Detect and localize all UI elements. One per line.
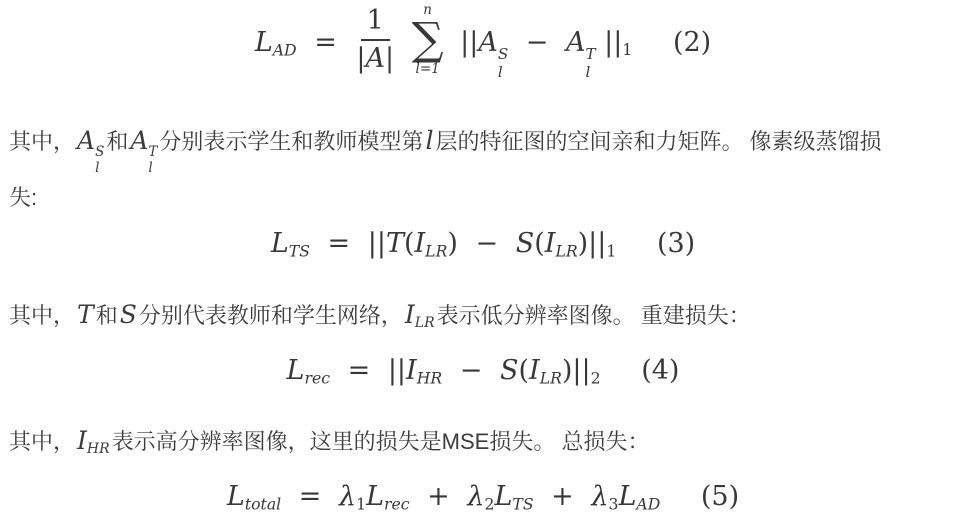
math-A-sup-S-sub-l-inline: ASl bbox=[77, 126, 104, 155]
math-I-HR: IHR bbox=[406, 355, 442, 386]
paragraph-line: 其中，ASl和ATl分别表示学生和教师模型第l层的特征图的空间亲和力矩阵。 像素… bbox=[9, 119, 966, 176]
paragraph-network-explanation: 其中，T和S分别代表教师和学生网络，ILR表示低分辨率图像。 重建损失： bbox=[0, 293, 966, 345]
math-A-sup-T-sub-l-inline: ATl bbox=[130, 126, 157, 155]
math-base: L bbox=[618, 481, 636, 512]
norm-close: || bbox=[572, 355, 590, 386]
math-lambda-1: λ1 bbox=[339, 481, 366, 512]
fraction-denominator: |A| bbox=[356, 41, 394, 74]
math-superscript: S bbox=[95, 145, 104, 161]
plus-sign: + bbox=[551, 481, 574, 512]
math-subscript: HR bbox=[417, 368, 442, 387]
math-subscript: LR bbox=[425, 242, 447, 261]
equation-number: (4) bbox=[641, 355, 679, 386]
text-run: 分别代表教师和学生网络， bbox=[139, 303, 403, 328]
math-base: I bbox=[406, 355, 417, 386]
equation-affinity-distillation-loss: LAD = 1|A| n∑l=1 ||ASl − ATl ||1 (2) bbox=[0, 0, 966, 81]
math-L-rec: Lrec bbox=[366, 481, 409, 512]
sup-sub-stack: Sl bbox=[498, 46, 508, 81]
equals-sign: = bbox=[314, 27, 337, 58]
norm-close: || bbox=[604, 27, 622, 58]
text-run: 失: bbox=[9, 185, 37, 210]
text-run: 表示高分辨率图像，这里的损失是MSE损失。 总损失： bbox=[112, 429, 650, 454]
norm-subscript: 1 bbox=[622, 40, 632, 59]
math-student-operator: S bbox=[500, 355, 519, 386]
paragraph-affinity-explanation: 其中，ASl和ATl分别表示学生和教师模型第l层的特征图的空间亲和力矩阵。 像素… bbox=[0, 119, 966, 220]
paragraph-line: 其中，T和S分别代表教师和学生网络，ILR表示低分辨率图像。 重建损失： bbox=[9, 293, 966, 345]
math-teacher-operator: T bbox=[77, 300, 94, 329]
math-base: λ bbox=[591, 481, 608, 512]
norm-open: || bbox=[388, 355, 406, 386]
math-L-AD: LAD bbox=[255, 27, 297, 58]
math-I-LR: ILR bbox=[529, 355, 562, 386]
math-subscript: TS bbox=[289, 242, 310, 261]
math-lambda-2: λ2 bbox=[467, 481, 494, 512]
fraction-numerator: 1 bbox=[361, 5, 390, 41]
summation-lower-limit: l=1 bbox=[416, 61, 440, 77]
text-run: 层的特征图的空间亲和力矩阵。 像素级蒸馏损 bbox=[435, 129, 881, 154]
math-I-LR-inline: ILR bbox=[405, 300, 435, 329]
equation-number: (2) bbox=[673, 27, 711, 58]
math-subscript: l bbox=[586, 64, 591, 81]
math-student-operator: S bbox=[120, 300, 137, 329]
math-base: A bbox=[130, 126, 148, 155]
math-subscript: LR bbox=[555, 242, 577, 261]
math-subscript: AD bbox=[636, 494, 660, 513]
math-base: λ bbox=[467, 481, 484, 512]
paragraph-line: 失: bbox=[9, 176, 966, 220]
math-I-LR: ILR bbox=[545, 228, 578, 259]
norm-subscript: 1 bbox=[606, 242, 616, 261]
math-superscript: S bbox=[498, 46, 508, 63]
math-teacher-operator: T bbox=[386, 228, 404, 259]
math-base: A bbox=[77, 126, 95, 155]
norm-open: || bbox=[368, 228, 386, 259]
math-base: L bbox=[227, 481, 245, 512]
sup-sub-stack: Sl bbox=[95, 145, 104, 176]
math-subscript: LR bbox=[540, 368, 562, 387]
paren-open: ( bbox=[518, 355, 529, 386]
math-subscript: AD bbox=[273, 40, 297, 59]
text-run: 其中， bbox=[9, 129, 75, 154]
equation-number: (3) bbox=[657, 228, 695, 259]
paragraph-total-loss-explanation: 其中，IHR表示高分辨率图像，这里的损失是MSE损失。 总损失： bbox=[0, 419, 966, 471]
minus-sign: − bbox=[476, 228, 499, 259]
math-base: I bbox=[405, 300, 415, 329]
math-L-AD: LAD bbox=[618, 481, 660, 512]
math-base: A bbox=[478, 27, 498, 58]
math-subscript: rec bbox=[304, 368, 330, 387]
math-A-sup-T-sub-l: ATl bbox=[566, 27, 596, 58]
math-l-variable: l bbox=[425, 126, 433, 155]
sigma-icon: ∑ bbox=[412, 18, 444, 60]
math-subscript: l bbox=[95, 161, 99, 177]
equation-reconstruction-loss: Lrec = ||IHR − S(ILR)||2 (4) bbox=[0, 355, 966, 387]
math-subscript: LR bbox=[415, 315, 435, 331]
math-base: I bbox=[545, 228, 556, 259]
math-L-TS: LTS bbox=[494, 481, 533, 512]
math-subscript: total bbox=[245, 494, 281, 513]
paren-open: ( bbox=[404, 228, 415, 259]
plus-sign: + bbox=[427, 481, 450, 512]
math-subscript: 2 bbox=[484, 494, 494, 513]
summation: n∑l=1 bbox=[412, 2, 444, 77]
equation-number: (5) bbox=[701, 481, 739, 512]
minus-sign: − bbox=[460, 355, 483, 386]
paren-close: ) bbox=[447, 228, 458, 259]
norm-subscript: 2 bbox=[591, 368, 601, 387]
math-base: I bbox=[529, 355, 540, 386]
math-L-rec: Lrec bbox=[287, 355, 330, 386]
text-run: 表示低分辨率图像。 重建损失： bbox=[437, 303, 751, 328]
equals-sign: = bbox=[348, 355, 371, 386]
text-run: 其中， bbox=[9, 429, 75, 454]
norm-close: || bbox=[588, 228, 606, 259]
math-L-TS: LTS bbox=[271, 228, 310, 259]
math-A-sup-S-sub-l: ASl bbox=[478, 27, 508, 58]
math-base: I bbox=[77, 426, 87, 455]
text-run: 其中， bbox=[9, 303, 75, 328]
math-base: L bbox=[255, 27, 273, 58]
math-base: I bbox=[415, 228, 426, 259]
math-superscript: T bbox=[586, 46, 596, 63]
math-subscript: 1 bbox=[356, 494, 366, 513]
document-page: LAD = 1|A| n∑l=1 ||ASl − ATl ||1 (2) 其中，… bbox=[0, 0, 966, 526]
math-lambda-3: λ3 bbox=[591, 481, 618, 512]
math-base: A bbox=[566, 27, 586, 58]
math-I-LR: ILR bbox=[415, 228, 448, 259]
text-run: 和 bbox=[96, 303, 118, 328]
equals-sign: = bbox=[328, 228, 351, 259]
math-subscript: l bbox=[148, 161, 152, 177]
fraction: 1|A| bbox=[356, 5, 394, 74]
paren-open: ( bbox=[534, 228, 545, 259]
sup-sub-stack: Tl bbox=[148, 145, 157, 176]
norm-open: || bbox=[460, 27, 478, 58]
math-I-HR-inline: IHR bbox=[77, 426, 110, 455]
equation-pixel-distillation-loss: LTS = ||T(ILR) − S(ILR)||1 (3) bbox=[0, 228, 966, 260]
equals-sign: = bbox=[299, 481, 322, 512]
math-student-operator: S bbox=[516, 228, 535, 259]
paren-close: ) bbox=[562, 355, 573, 386]
minus-sign: − bbox=[526, 27, 549, 58]
math-subscript: 3 bbox=[609, 494, 619, 513]
math-L-total: Ltotal bbox=[227, 481, 281, 512]
math-superscript: T bbox=[148, 145, 157, 161]
text-run: 分别表示学生和教师模型第 bbox=[159, 129, 423, 154]
sup-sub-stack: Tl bbox=[586, 46, 596, 81]
math-subscript: TS bbox=[512, 494, 533, 513]
math-subscript: rec bbox=[384, 494, 410, 513]
math-base: L bbox=[366, 481, 384, 512]
text-run: 和 bbox=[106, 129, 128, 154]
paragraph-line: 其中，IHR表示高分辨率图像，这里的损失是MSE损失。 总损失： bbox=[9, 419, 966, 471]
math-base: L bbox=[287, 355, 305, 386]
math-base: λ bbox=[339, 481, 356, 512]
math-subscript: l bbox=[498, 64, 503, 81]
math-base: L bbox=[494, 481, 512, 512]
equation-total-loss: Ltotal = λ1Lrec + λ2LTS + λ3LAD (5) bbox=[0, 481, 966, 513]
math-subscript: HR bbox=[87, 441, 110, 457]
paren-close: ) bbox=[578, 228, 589, 259]
math-base: L bbox=[271, 228, 289, 259]
